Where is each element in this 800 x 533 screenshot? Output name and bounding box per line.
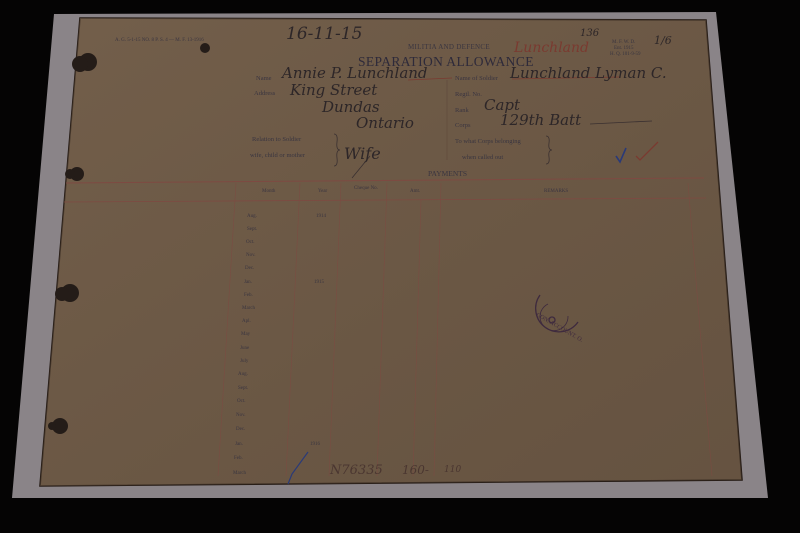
row-month: Sept. bbox=[238, 386, 248, 391]
row-year: 1915 bbox=[314, 280, 324, 285]
row-month: Apl. bbox=[242, 319, 251, 324]
col-year: Year bbox=[318, 189, 327, 194]
address-line-3: Ontario bbox=[356, 114, 414, 132]
row-cheque: N76335 bbox=[330, 463, 383, 478]
regt-label: Regtl. No. bbox=[455, 91, 482, 98]
row-month: Nov. bbox=[236, 413, 246, 418]
row-month: June bbox=[240, 346, 249, 351]
belonging-label-1: To what Corps belonging bbox=[455, 138, 521, 145]
header-date: 16-11-15 bbox=[286, 24, 362, 44]
col-amount: Amt. bbox=[410, 189, 420, 194]
relation-label-2: wife, child or mother bbox=[250, 152, 305, 159]
row-amount: 160- bbox=[402, 463, 429, 477]
row-month: March bbox=[233, 471, 246, 476]
address-label: Address bbox=[254, 90, 275, 97]
row-month: Oct. bbox=[246, 240, 254, 245]
top-right-code-2: Ent. 1915 bbox=[614, 46, 633, 51]
row-year: 1914 bbox=[316, 214, 326, 219]
corps-value: 129th Batt bbox=[500, 111, 581, 129]
name-value: Annie P. Lunchland bbox=[282, 64, 428, 82]
belonging-label-2: when called out bbox=[462, 154, 503, 161]
row-month: Nov. bbox=[246, 253, 256, 258]
soldier-name-label: Name of Soldier bbox=[455, 75, 498, 82]
row-month: Dec. bbox=[245, 266, 254, 271]
row-month: Dec. bbox=[236, 427, 245, 432]
department: MILITIA AND DEFENCE bbox=[408, 43, 490, 51]
row-year: 1916 bbox=[310, 442, 320, 447]
col-remarks: REMARKS bbox=[544, 189, 568, 194]
document-photo: A. G. 5-1-15 NO. 8 P. S. 4 — M. F. 13-19… bbox=[0, 0, 800, 533]
row-month: Jan. bbox=[244, 280, 252, 285]
row-month: Jan. bbox=[235, 442, 243, 447]
row-month: Feb. bbox=[234, 456, 243, 461]
address-line-1: King Street bbox=[290, 81, 377, 99]
row-month: July bbox=[240, 359, 248, 364]
form-code: A. G. 5-1-15 NO. 8 P. S. 4 — M. F. 13-19… bbox=[115, 38, 204, 43]
row-month: Aug. bbox=[238, 372, 248, 377]
rank-label: Rank bbox=[455, 107, 469, 114]
row-month: Sept. bbox=[247, 227, 257, 232]
relation-label-1: Relation to Soldier bbox=[252, 136, 301, 143]
col-month: Month bbox=[262, 189, 275, 194]
row-month: Aug. bbox=[247, 214, 257, 219]
row-month: Feb. bbox=[244, 293, 253, 298]
name-label: Name bbox=[256, 75, 272, 82]
relation-value: Wife bbox=[344, 144, 381, 163]
payments-title: PAYMENTS bbox=[428, 169, 467, 178]
top-right-code-1: M. F. W. D. bbox=[612, 40, 635, 45]
col-cheque: Cheque No. bbox=[354, 186, 378, 191]
corps-label: Corps bbox=[455, 122, 471, 129]
row-month: March bbox=[242, 306, 255, 311]
row-remarks: 110 bbox=[444, 465, 461, 475]
top-right-code-3: H. Q. 101-9-59 bbox=[610, 52, 641, 57]
top-right-mark: 1/6 bbox=[654, 34, 672, 47]
soldier-name-value: Lunchland Lyman C. bbox=[510, 64, 667, 82]
row-month: Oct. bbox=[237, 399, 245, 404]
row-month: May bbox=[241, 332, 250, 337]
header-number: 136 bbox=[580, 28, 599, 39]
